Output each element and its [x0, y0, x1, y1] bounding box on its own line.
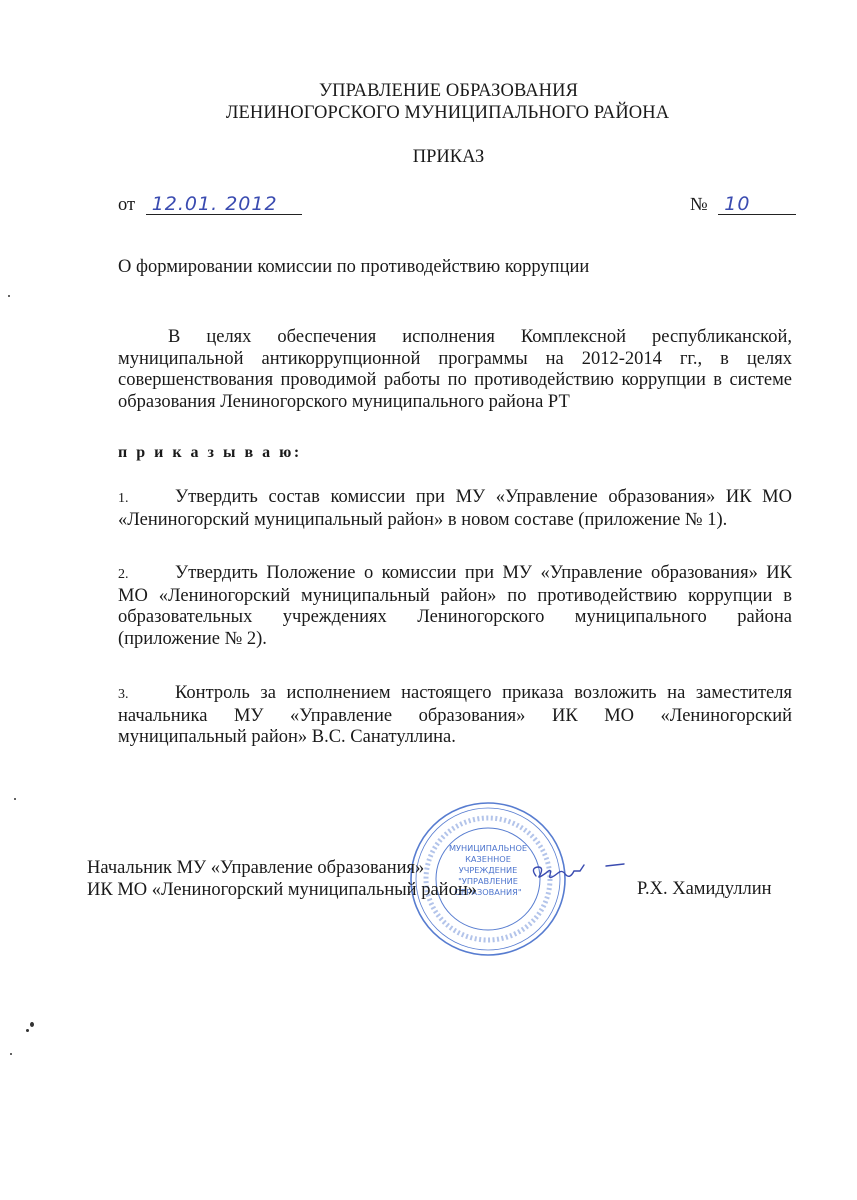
- document-page: УПРАВЛЕНИЕ ОБРАЗОВАНИЯ ЛЕНИНОГОРСКОГО МУ…: [0, 0, 857, 1200]
- item-text: Утвердить Положение о комиссии при МУ «У…: [118, 563, 792, 649]
- signer-name: Р.Х. Хамидуллин: [637, 879, 772, 900]
- item-text: Утвердить состав комиссии при МУ «Управл…: [118, 487, 792, 530]
- header-line-1: УПРАВЛЕНИЕ ОБРАЗОВАНИЯ: [0, 80, 857, 102]
- handwritten-date: 12.01. 2012: [152, 193, 278, 215]
- scan-speck: [8, 295, 10, 297]
- date-field: 12.01. 2012: [146, 194, 302, 215]
- preamble-paragraph: В целях обеспечения исполнения Комплексн…: [118, 327, 792, 413]
- scan-speck: [14, 798, 16, 800]
- scan-speck: [10, 1053, 12, 1055]
- number-row: № 10: [690, 194, 796, 216]
- item-number: 2.: [118, 564, 175, 586]
- date-label: от: [118, 195, 135, 215]
- order-item-2: 2.Утвердить Положение о комиссии при МУ …: [118, 563, 792, 650]
- item-number: 3.: [118, 684, 175, 706]
- signer-position: Начальник МУ «Управление образования» ИК…: [87, 857, 477, 901]
- signer-position-line-2: ИК МО «Лениногорский муниципальный район…: [87, 879, 477, 901]
- number-label: №: [690, 195, 708, 215]
- subject-line: О формировании комиссии по противодейств…: [118, 257, 589, 278]
- item-number: 1.: [118, 488, 175, 510]
- signer-position-line-1: Начальник МУ «Управление образования»: [87, 857, 477, 879]
- handwritten-signature-icon: [528, 858, 648, 888]
- handwritten-number: 10: [724, 193, 750, 215]
- scan-speck: [26, 1029, 29, 1032]
- scan-speck: [30, 1022, 34, 1027]
- order-item-1: 1.Утвердить состав комиссии при МУ «Упра…: [118, 487, 792, 531]
- number-field: 10: [718, 194, 796, 215]
- doc-type-title: ПРИКАЗ: [0, 147, 857, 168]
- decree-word: п р и к а з ы в а ю:: [118, 444, 302, 462]
- date-row: от 12.01. 2012: [118, 194, 302, 216]
- order-item-3: 3.Контроль за исполнением настоящего при…: [118, 683, 792, 749]
- item-text: Контроль за исполнением настоящего прика…: [118, 683, 792, 747]
- header-line-2: ЛЕНИНОГОРСКОГО МУНИЦИПАЛЬНОГО РАЙОНА: [0, 102, 857, 124]
